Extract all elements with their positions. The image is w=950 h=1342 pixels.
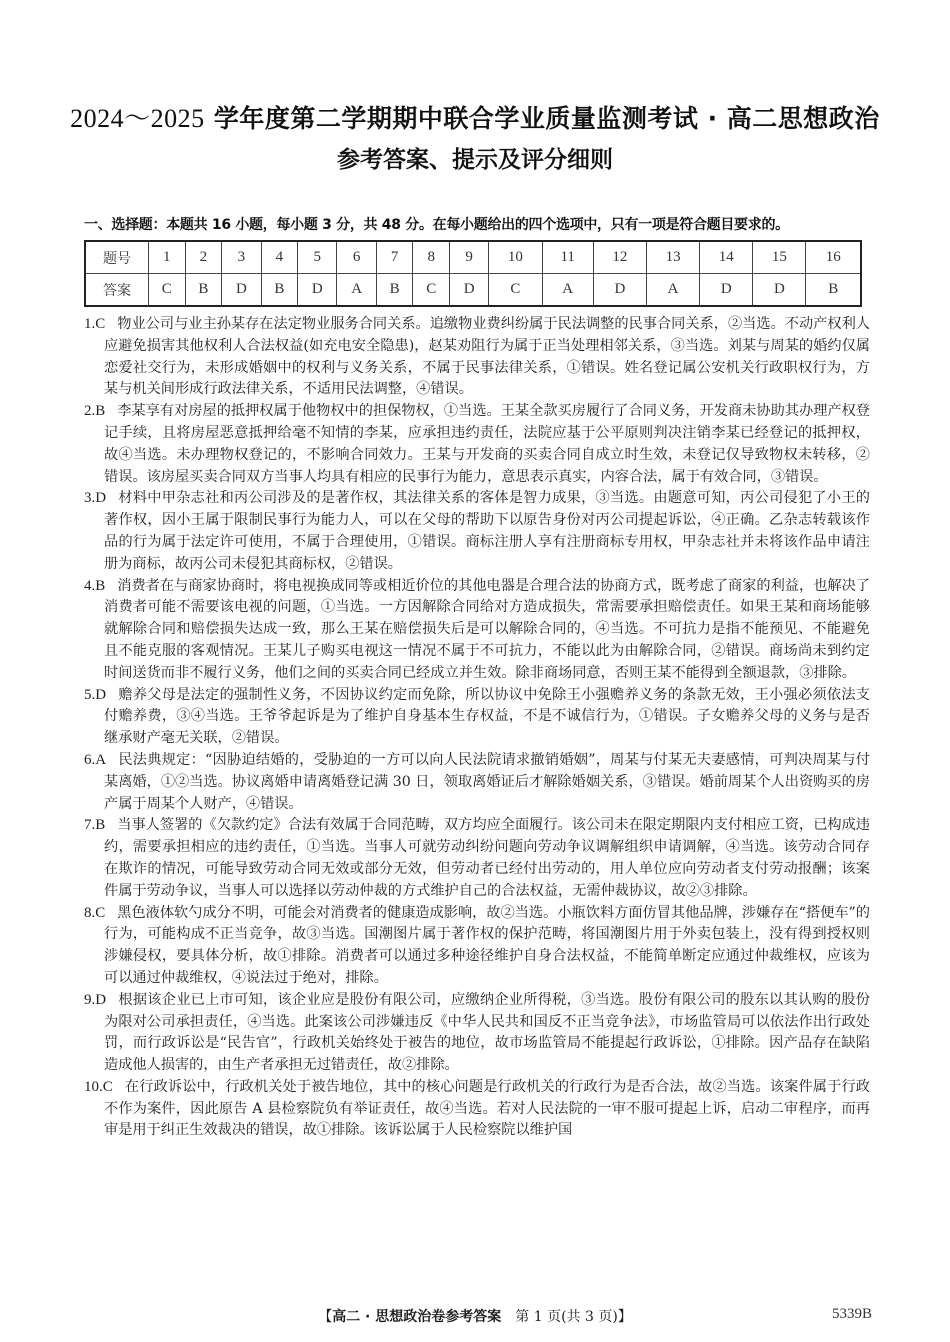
question-number: 2 [185, 241, 222, 274]
footer-doc-title: 高二 · 思想政治卷参考答案 [332, 1309, 501, 1325]
answer-table-number-row: 题号 1 2 3 4 5 6 7 8 9 10 11 12 13 14 15 1… [85, 241, 861, 274]
item-number: 7.B [84, 817, 105, 833]
document-code: 5339B [832, 1306, 872, 1323]
item-text: 根据该企业已上市可知，该企业应是股份有限公司，应缴纳企业所得税，③当选。股份有限… [104, 992, 870, 1073]
question-number: 10 [489, 241, 542, 274]
answer-table-answer-row: 答案 C B D B D A B C D C A D A D D B [85, 274, 861, 307]
answer-cell: C [149, 274, 186, 307]
explanation-item-5: 5.D赡养父母是法定的强制性义务，不因协议约定而免除，所以协议中免除王小强赡养义… [84, 685, 870, 750]
page-title: 2024～2025 学年度第二学期期中联合学业质量监测考试 · 高二思想政治 [0, 98, 950, 135]
question-number: 5 [298, 241, 337, 274]
question-number: 1 [149, 241, 186, 274]
item-number: 10.C [84, 1079, 113, 1095]
title-year: 2024～2025 [70, 104, 205, 133]
answer-cell: A [647, 274, 700, 307]
answer-cell: D [298, 274, 337, 307]
explanation-item-6: 6.A民法典规定：“因胁迫结婚的，受胁迫的一方可以向人民法院请求撤销婚姻”，周某… [84, 750, 870, 815]
answer-cell: D [700, 274, 753, 307]
question-number: 6 [337, 241, 376, 274]
question-number: 13 [647, 241, 700, 274]
item-number: 9.D [84, 992, 106, 1008]
item-text: 民法典规定：“因胁迫结婚的，受胁迫的一方可以向人民法院请求撤销婚姻”，周某与付某… [104, 752, 870, 812]
explanation-item-1: 1.C物业公司与业主孙某存在法定物业服务合同关系。追缴物业费纠纷属于民法调整的民… [84, 314, 870, 401]
question-number: 4 [261, 241, 298, 274]
explanation-item-10: 10.C在行政诉讼中，行政机关处于被告地位，其中的核心问题是行政机关的行政行为是… [84, 1077, 870, 1142]
question-number: 15 [753, 241, 806, 274]
answer-cell: D [450, 274, 489, 307]
row-label-number: 题号 [85, 241, 149, 274]
footer-page-info: 第 1 页(共 3 页) [501, 1309, 618, 1325]
item-text: 赡养父母是法定的强制性义务，不因协议约定而免除，所以协议中免除王小强赡养义务的条… [104, 687, 870, 747]
explanation-item-9: 9.D根据该企业已上市可知，该企业应是股份有限公司，应缴纳企业所得税，③当选。股… [84, 990, 870, 1077]
explanation-item-3: 3.D材料中甲杂志社和丙公司涉及的是著作权，其法律关系的客体是智力成果，③当选。… [84, 488, 870, 575]
item-text: 在行政诉讼中，行政机关处于被告地位，其中的核心问题是行政机关的行政行为是否合法，… [104, 1079, 870, 1139]
item-number: 1.C [84, 316, 105, 332]
item-text: 当事人签署的《欠款约定》合法有效属于合同范畴，双方均应全面履行。该公司未在限定期… [104, 817, 870, 898]
page-subtitle: 参考答案、提示及评分细则 [0, 141, 950, 174]
explanations: 1.C物业公司与业主孙某存在法定物业服务合同关系。追缴物业费纠纷属于民法调整的民… [84, 314, 870, 1142]
explanation-item-4: 4.B消费者在与商家协商时，将电视换成同等或相近价位的其他电器是合理合法的协商方… [84, 576, 870, 685]
item-text: 消费者在与商家协商时，将电视换成同等或相近价位的其他电器是合理合法的协商方式，既… [104, 578, 870, 681]
footer-bracket-close: 】 [618, 1309, 632, 1325]
item-number: 5.D [84, 687, 106, 703]
question-number: 12 [593, 241, 646, 274]
answer-cell: C [489, 274, 542, 307]
question-number: 11 [542, 241, 593, 274]
answer-cell: C [413, 274, 450, 307]
answer-cell: B [376, 274, 413, 307]
question-number: 7 [376, 241, 413, 274]
explanation-item-7: 7.B当事人签署的《欠款约定》合法有效属于合同范畴，双方均应全面履行。该公司未在… [84, 815, 870, 902]
explanation-item-2: 2.B李某享有对房屋的抵押权属于他物权中的担保物权，①当选。王某全款买房履行了合… [84, 401, 870, 488]
answer-cell: D [753, 274, 806, 307]
explanation-item-8: 8.C黑色液体软勺成分不明，可能会对消费者的健康造成影响，故②当选。小瓶饮料方面… [84, 903, 870, 990]
item-number: 2.B [84, 403, 105, 419]
item-number: 3.D [84, 490, 106, 506]
row-label-answer: 答案 [85, 274, 149, 307]
answer-cell: A [542, 274, 593, 307]
answer-cell: D [222, 274, 261, 307]
item-number: 4.B [84, 578, 105, 594]
item-number: 6.A [84, 752, 106, 768]
question-number: 14 [700, 241, 753, 274]
question-number: 3 [222, 241, 261, 274]
question-number: 16 [806, 241, 861, 274]
question-number: 8 [413, 241, 450, 274]
footer-bracket-open: 【 [318, 1309, 332, 1325]
item-text: 材料中甲杂志社和丙公司涉及的是著作权，其法律关系的客体是智力成果，③当选。由题意… [104, 490, 870, 571]
page-footer: 【高二 · 思想政治卷参考答案 第 1 页(共 3 页)】 [0, 1306, 950, 1326]
answer-cell: A [337, 274, 376, 307]
answer-cell: D [593, 274, 646, 307]
item-number: 8.C [84, 905, 105, 921]
answer-cell: B [185, 274, 222, 307]
answer-table: 题号 1 2 3 4 5 6 7 8 9 10 11 12 13 14 15 1… [84, 240, 862, 307]
item-text: 李某享有对房屋的抵押权属于他物权中的担保物权，①当选。王某全款买房履行了合同义务… [104, 403, 870, 484]
title-text: 学年度第二学期期中联合学业质量监测考试 · 高二思想政治 [205, 104, 880, 133]
section-heading: 一、选择题：本题共 16 小题，每小题 3 分，共 48 分。在每小题给出的四个… [84, 214, 874, 234]
item-text: 物业公司与业主孙某存在法定物业服务合同关系。追缴物业费纠纷属于民法调整的民事合同… [104, 316, 870, 397]
question-number: 9 [450, 241, 489, 274]
answer-cell: B [806, 274, 861, 307]
answer-cell: B [261, 274, 298, 307]
item-text: 黑色液体软勺成分不明，可能会对消费者的健康造成影响，故②当选。小瓶饮料方面仿冒其… [104, 905, 870, 986]
